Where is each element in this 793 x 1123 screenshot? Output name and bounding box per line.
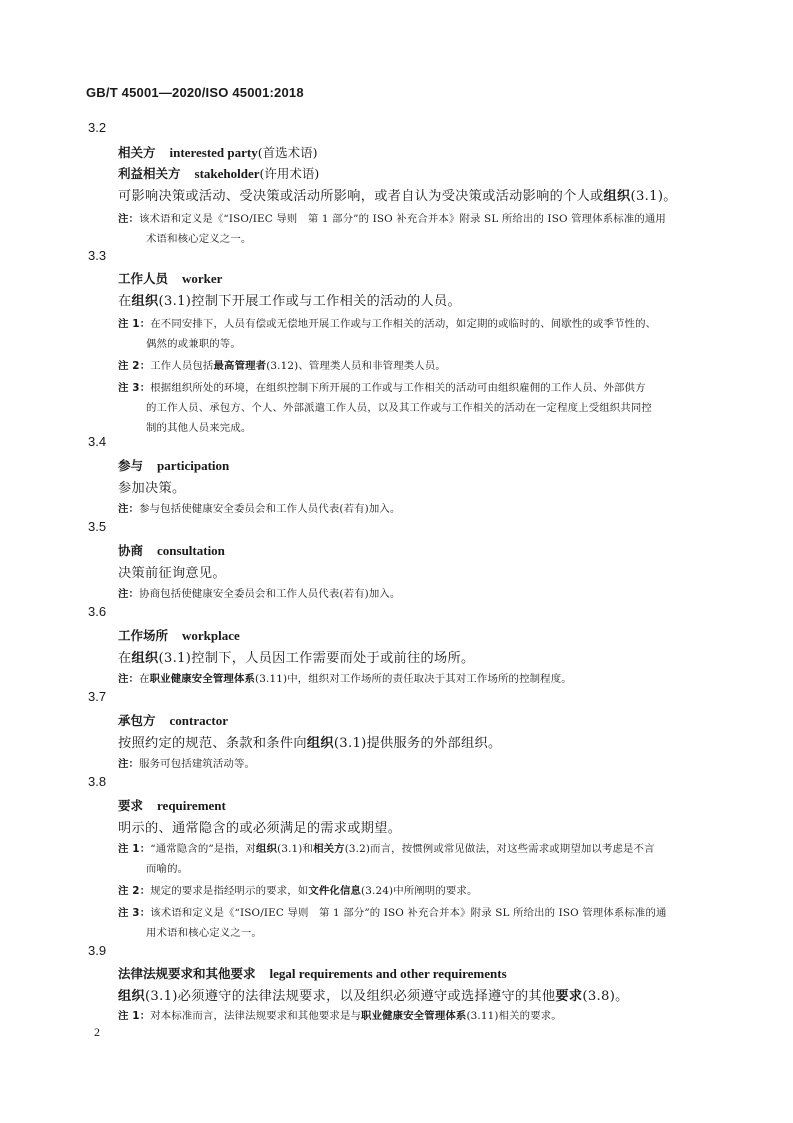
- definition: 按照约定的规范、条款和条件向组织(3.1)提供服务的外部组织。: [118, 732, 501, 751]
- term-reference: 组织: [118, 989, 145, 1004]
- term-reference: 文件化信息: [308, 885, 361, 897]
- note: 注：参与包括使健康安全委员会和工作人员代表(若有)加入。: [118, 500, 400, 515]
- note-label: 注 1：: [118, 1010, 150, 1022]
- note: 注 3：该术语和定义是《“ISO/IEC 导则 第 1 部分”的 ISO 补充合…: [118, 904, 667, 919]
- note-text: (3.1)和: [277, 843, 313, 855]
- term-reference: 组织: [307, 736, 334, 751]
- note-text: (3.11)中，组织对工作场所的责任取决于其对工作场所的控制程度。: [255, 673, 572, 685]
- term-en: worker: [182, 271, 222, 286]
- definition-text: (3.1)。: [631, 189, 677, 204]
- definition: 在组织(3.1)控制下，人员因工作需要而处于或前往的场所。: [118, 647, 474, 666]
- term-en: interested party: [170, 145, 258, 160]
- note: 注 2：规定的要求是指经明示的要求，如文件化信息(3.24)中所阐明的要求。: [118, 882, 478, 897]
- note-text: 在: [139, 673, 150, 685]
- note-text: 在不同安排下，人员有偿或无偿地开展工作或与工作相关的活动，如定期的或临时的、间歇…: [150, 318, 656, 330]
- term-zh: 参与: [118, 458, 143, 473]
- section-number: 3.8: [88, 774, 106, 789]
- note-text: 参与包括使健康安全委员会和工作人员代表(若有)加入。: [139, 503, 400, 515]
- term-zh: 要求: [118, 798, 143, 813]
- term-preferred: 协商consultation: [118, 541, 225, 559]
- note-label: 注 2：: [118, 360, 150, 372]
- section-number: 3.9: [88, 943, 106, 958]
- definition-text: (3.1)控制下，人员因工作需要而处于或前往的场所。: [158, 651, 474, 666]
- note-continuation: 用术语和核心定义之一。: [146, 924, 262, 939]
- note-text: “通常隐含的”是指，对: [150, 843, 256, 855]
- note: 注：该术语和定义是《“ISO/IEC 导则 第 1 部分”的 ISO 补充合并本…: [118, 210, 666, 225]
- note: 注 1：对本标准而言，法律法规要求和其他要求是与职业健康安全管理体系(3.11)…: [118, 1007, 562, 1022]
- term-zh: 利益相关方: [118, 166, 181, 181]
- note-text: 该术语和定义是《“ISO/IEC 导则 第 1 部分”的 ISO 补充合并本》附…: [150, 907, 666, 919]
- definition: 可影响决策或活动、受决策或活动所影响，或者自认为受决策或活动影响的个人或组织(3…: [118, 185, 677, 204]
- note-text: 对本标准而言，法律法规要求和其他要求是与: [150, 1010, 361, 1022]
- note-text: 协商包括使健康安全委员会和工作人员代表(若有)加入。: [139, 588, 400, 600]
- term-admitted: 利益相关方stakeholder(许用术语): [118, 164, 319, 182]
- term-en: stakeholder: [195, 166, 260, 181]
- definition: 组织(3.1)必须遵守的法律法规要求，以及组织必须遵守或选择遵守的其他要求(3.…: [118, 985, 629, 1004]
- definition-text: 在: [118, 294, 132, 309]
- section-number: 3.7: [88, 689, 106, 704]
- definition-text: (3.8)。: [582, 989, 628, 1004]
- term-en: requirement: [157, 798, 226, 813]
- section-number: 3.2: [88, 120, 106, 135]
- definition: 决策前征询意见。: [118, 562, 226, 581]
- term-reference: 要求: [555, 989, 582, 1004]
- term-reference: 组织: [132, 651, 159, 666]
- term-preferred: 工作场所workplace: [118, 626, 240, 644]
- definition-text: 可影响决策或活动、受决策或活动所影响，或者自认为受决策或活动影响的个人或: [118, 189, 604, 204]
- note-text: 规定的要求是指经明示的要求，如: [150, 885, 308, 897]
- note-label: 注 3：: [118, 382, 150, 394]
- term-reference: 最高管理者: [213, 360, 266, 372]
- term-reference: 组织: [132, 294, 159, 309]
- term-qualifier: (首选术语): [258, 145, 318, 160]
- term-zh: 承包方: [118, 713, 156, 728]
- section-number: 3.3: [88, 248, 106, 263]
- note: 注 1：“通常隐含的”是指，对组织(3.1)和相关方(3.2)而言，按惯例或常见…: [118, 840, 655, 855]
- term-zh: 工作场所: [118, 628, 168, 643]
- note-text: (3.2)而言，按惯例或常见做法，对这些需求或期望加以考虑是不言: [345, 843, 655, 855]
- section-number: 3.4: [88, 434, 106, 449]
- term-preferred: 要求requirement: [118, 796, 226, 814]
- section-number: 3.5: [88, 519, 106, 534]
- note-text: 根据组织所处的环境，在组织控制下所开展的工作或与工作相关的活动可由组织雇佣的工作…: [150, 382, 645, 394]
- note: 注：在职业健康安全管理体系(3.11)中，组织对工作场所的责任取决于其对工作场所…: [118, 670, 572, 685]
- note-text: (3.12)、管理类人员和非管理类人员。: [266, 360, 446, 372]
- definition-text: 在: [118, 651, 132, 666]
- term-zh: 工作人员: [118, 271, 168, 286]
- term-qualifier: (许用术语): [260, 166, 320, 181]
- note: 注：协商包括使健康安全委员会和工作人员代表(若有)加入。: [118, 585, 400, 600]
- term-preferred: 相关方interested party(首选术语): [118, 143, 318, 161]
- note-label: 注 2：: [118, 885, 150, 897]
- term-preferred: 法律法规要求和其他要求legal requirements and other …: [118, 964, 507, 982]
- term-en: consultation: [157, 543, 225, 558]
- term-reference: 组织: [256, 843, 277, 855]
- term-zh: 协商: [118, 543, 143, 558]
- note-continuation: 的工作人员、承包方、个人、外部派遣工作人员，以及其工作或与工作相关的活动在一定程…: [146, 399, 652, 414]
- term-preferred: 承包方contractor: [118, 711, 228, 729]
- term-reference: 组织: [604, 189, 631, 204]
- definition: 在组织(3.1)控制下开展工作或与工作相关的活动的人员。: [118, 290, 461, 309]
- note-continuation: 制的其他人员来完成。: [146, 419, 251, 434]
- note-label: 注：: [118, 503, 139, 515]
- term-en: contractor: [170, 713, 228, 728]
- note: 注 1：在不同安排下，人员有偿或无偿地开展工作或与工作相关的活动，如定期的或临时…: [118, 315, 656, 330]
- term-reference: 职业健康安全管理体系: [361, 1010, 466, 1022]
- note-continuation: 偶然的或兼职的等。: [146, 335, 241, 350]
- term-en: participation: [157, 458, 229, 473]
- note-label: 注 1：: [118, 318, 150, 330]
- note-continuation: 术语和核心定义之一。: [146, 230, 251, 245]
- note-text: 服务可包括建筑活动等。: [139, 758, 255, 770]
- definition-text: (3.1)提供服务的外部组织。: [334, 736, 502, 751]
- note-continuation: 而喻的。: [146, 860, 188, 875]
- note-text: (3.24)中所阐明的要求。: [361, 885, 477, 897]
- note-label: 注：: [118, 673, 139, 685]
- term-reference: 相关方: [313, 843, 345, 855]
- standard-header: GB/T 45001—2020/ISO 45001:2018: [86, 85, 304, 100]
- note-label: 注：: [118, 588, 139, 600]
- term-preferred: 工作人员worker: [118, 269, 222, 287]
- note-text: 该术语和定义是《“ISO/IEC 导则 第 1 部分”的 ISO 补充合并本》附…: [139, 213, 666, 225]
- term-zh: 相关方: [118, 145, 156, 160]
- note-text: (3.11)相关的要求。: [466, 1010, 561, 1022]
- term-reference: 职业健康安全管理体系: [150, 673, 255, 685]
- definition: 参加决策。: [118, 477, 185, 496]
- note: 注 2：工作人员包括最高管理者(3.12)、管理类人员和非管理类人员。: [118, 357, 446, 372]
- note-label: 注：: [118, 213, 139, 225]
- definition: 明示的、通常隐含的或必须满足的需求或期望。: [118, 817, 401, 836]
- term-preferred: 参与participation: [118, 456, 229, 474]
- term-en: legal requirements and other requirement…: [270, 966, 507, 981]
- page-number: 2: [94, 1025, 100, 1040]
- term-zh: 法律法规要求和其他要求: [118, 966, 256, 981]
- definition-text: (3.1)控制下开展工作或与工作相关的活动的人员。: [158, 294, 461, 309]
- note: 注：服务可包括建筑活动等。: [118, 755, 255, 770]
- note: 注 3：根据组织所处的环境，在组织控制下所开展的工作或与工作相关的活动可由组织雇…: [118, 379, 646, 394]
- note-label: 注 1：: [118, 843, 150, 855]
- note-text: 工作人员包括: [150, 360, 213, 372]
- definition-text: 按照约定的规范、条款和条件向: [118, 736, 307, 751]
- term-en: workplace: [182, 628, 240, 643]
- section-number: 3.6: [88, 604, 106, 619]
- note-label: 注 3：: [118, 907, 150, 919]
- definition-text: (3.1)必须遵守的法律法规要求，以及组织必须遵守或选择遵守的其他: [145, 989, 555, 1004]
- note-label: 注：: [118, 758, 139, 770]
